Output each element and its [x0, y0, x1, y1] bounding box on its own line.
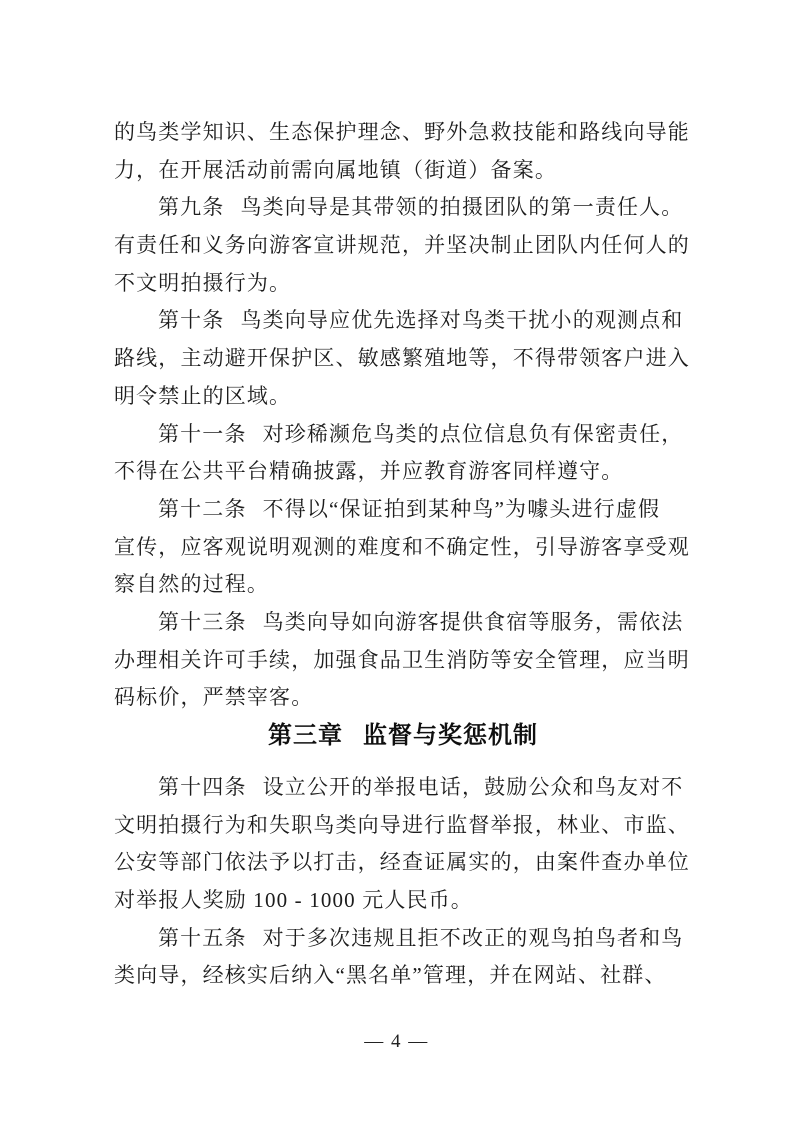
article-text: 鸟类向导应优先选择对鸟类干扰小的观测点和 — [240, 308, 683, 332]
text-line: 第十四条设立公开的举报电话，鼓励公众和鸟友对不 — [114, 769, 692, 807]
chapter-heading: 第三章监督与奖惩机制 — [114, 717, 692, 769]
text-line: 第十五条对于多次违规且拒不改正的观鸟拍鸟者和鸟 — [114, 920, 692, 958]
text-line: 第十二条不得以“保证拍到某种鸟”为噱头进行虚假 — [114, 491, 692, 529]
text-line: 力，在开展活动前需向属地镇（街道）备案。 — [114, 152, 692, 190]
chapter-label: 第三章 — [268, 723, 343, 749]
chapter-title: 监督与奖惩机制 — [363, 723, 538, 749]
text-line: 路线，主动避开保护区、敏感繁殖地等，不得带领客户进入 — [114, 340, 692, 378]
text-line: 的鸟类学知识、生态保护理念、野外急救技能和路线向导能 — [114, 114, 692, 152]
text-line: 第九条鸟类向导是其带领的拍摄团队的第一责任人。 — [114, 189, 692, 227]
text-line: 宣传，应客观说明观测的难度和不确定性，引导游客享受观 — [114, 529, 692, 567]
article-label: 第十一条 — [158, 422, 247, 446]
article-label: 第十四条 — [158, 775, 247, 799]
article-text: 鸟类向导是其带领的拍摄团队的第一责任人。 — [240, 195, 683, 219]
article-text: 对于多次违规且拒不改正的观鸟拍鸟者和鸟 — [263, 926, 684, 950]
text-line: 第十一条对珍稀濒危鸟类的点位信息负有保密责任， — [114, 416, 692, 454]
text-line: 类向导，经核实后纳入“黑名单”管理，并在网站、社群、 — [114, 957, 692, 995]
article-label: 第十五条 — [158, 926, 247, 950]
text-line: 第十条鸟类向导应优先选择对鸟类干扰小的观测点和 — [114, 302, 692, 340]
article-text: 鸟类向导如向游客提供食宿等服务，需依法 — [263, 610, 684, 634]
article-label: 第十条 — [158, 308, 224, 332]
document-page: 的鸟类学知识、生态保护理念、野外急救技能和路线向导能力，在开展活动前需向属地镇（… — [0, 0, 793, 1122]
text-line: 码标价，严禁宰客。 — [114, 679, 692, 717]
page-number: — 4 — — [364, 1031, 429, 1052]
article-label: 第九条 — [158, 195, 224, 219]
text-line: 不得在公共平台精确披露，并应教育游客同样遵守。 — [114, 453, 692, 491]
text-line: 察自然的过程。 — [114, 566, 692, 604]
article-label: 第十二条 — [158, 497, 247, 521]
text-line: 文明拍摄行为和失职鸟类向导进行监督举报，林业、市监、 — [114, 807, 692, 845]
text-line: 有责任和义务向游客宣讲规范，并坚决制止团队内任何人的 — [114, 227, 692, 265]
article-text: 对珍稀濒危鸟类的点位信息负有保密责任， — [263, 422, 684, 446]
text-line: 不文明拍摄行为。 — [114, 265, 692, 303]
document-body: 的鸟类学知识、生态保护理念、野外急救技能和路线向导能力，在开展活动前需向属地镇（… — [114, 114, 692, 995]
text-line: 办理相关许可手续，加强食品卫生消防等安全管理，应当明 — [114, 642, 692, 680]
text-line: 公安等部门依法予以打击，经查证属实的，由案件查办单位 — [114, 844, 692, 882]
article-text: 设立公开的举报电话，鼓励公众和鸟友对不 — [263, 775, 684, 799]
text-line: 对举报人奖励 100 - 1000 元人民币。 — [114, 882, 692, 920]
text-line: 第十三条鸟类向导如向游客提供食宿等服务，需依法 — [114, 604, 692, 642]
text-line: 明令禁止的区域。 — [114, 378, 692, 416]
page-footer: — 4 — — [0, 1031, 793, 1053]
article-label: 第十三条 — [158, 610, 247, 634]
article-text: 不得以“保证拍到某种鸟”为噱头进行虚假 — [263, 497, 661, 521]
